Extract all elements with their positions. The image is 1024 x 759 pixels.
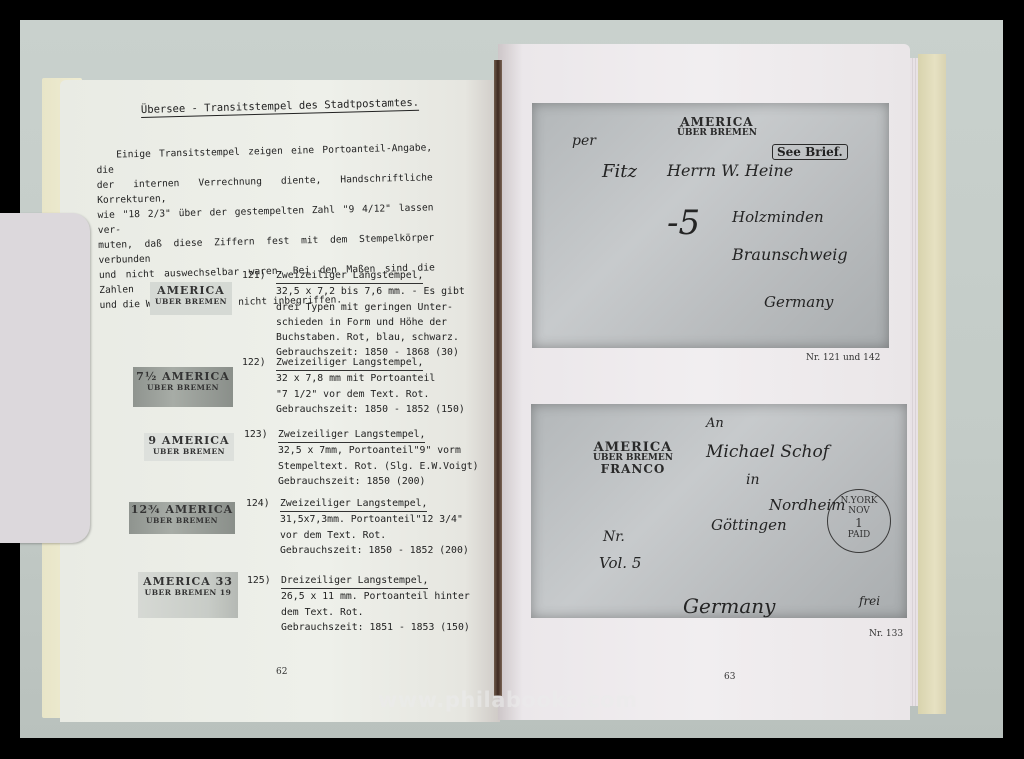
see-brief-stamp: See Brief. <box>772 144 848 160</box>
handwriting: Vol. 5 <box>599 554 641 572</box>
handwriting: Nr. <box>603 529 625 545</box>
cover-photo-133: AMERICA UBER BREMEN FRANCO N.YORK NOV 1 … <box>531 404 907 618</box>
page-number-right: 63 <box>724 672 735 682</box>
handwriting: -5 <box>667 203 700 243</box>
intro-line: der internen Verrechnung diente, Handsch… <box>97 172 433 206</box>
handwriting: Nordheim <box>769 496 846 514</box>
handwriting: Michael Schof <box>706 442 829 462</box>
entry-heading: Zweizeiliger Langstempel, <box>276 268 423 284</box>
figure-caption: Nr. 133 <box>869 629 903 639</box>
entry-number: 125) <box>247 573 271 588</box>
entry-heading: Dreizeiliger Langstempel, <box>281 573 428 589</box>
watermark: www.philabooks.com <box>378 688 637 712</box>
entry-line: 32,5 x 7mm, Portoanteil"9" vorm <box>278 443 478 458</box>
cover-photo-121-142: AMERICA ÜBER BREMEN See Brief. per Fitz … <box>532 103 889 348</box>
stamp-text: ÜBER BREMEN <box>677 128 757 139</box>
entry-number: 124) <box>246 496 270 511</box>
book-cover-right-edge <box>918 54 946 714</box>
entry-number: 123) <box>244 427 268 442</box>
stamp-text: UBER BREMEN <box>129 516 235 525</box>
stamp-text: UBER BREMEN 19 <box>138 588 238 597</box>
entry-line: Buchstaben. Rot, blau, schwarz. <box>276 330 476 345</box>
stamp-text: AMERICA <box>677 117 757 128</box>
intro-line: wie "18 2/3" über der gestempelten Zahl … <box>97 202 433 236</box>
entry-line: 26,5 x 11 mm. Portoanteil hinter <box>281 589 481 604</box>
entry-line: 32,5 x 7,2 bis 7,6 mm. - Es gibt <box>276 284 476 299</box>
stamp-text: AMERICA <box>150 285 232 297</box>
bookmark-card <box>0 213 90 543</box>
handwriting: Holzminden <box>732 208 824 226</box>
stamp-text: FRANCO <box>593 464 673 475</box>
entry-heading: Zweizeiliger Langstempel, <box>278 427 425 443</box>
stamp-text: 7½ AMERICA <box>133 371 233 383</box>
photo-stamp-america-franco: AMERICA UBER BREMEN FRANCO <box>593 442 673 475</box>
handwriting: per <box>572 133 596 149</box>
entry-line: Gebrauchszeit: 1850 (200) <box>278 474 478 489</box>
entry-line: schieden in Form und Höhe der <box>276 315 476 330</box>
stamp-image-122: 7½ AMERICA UBER BREMEN <box>133 367 233 407</box>
entry-line: Gebrauchszeit: 1850 - 1852 (200) <box>280 543 480 558</box>
stamp-text: UBER BREMEN <box>133 383 233 392</box>
stamp-image-124: 12¾ AMERICA UBER BREMEN <box>129 502 235 534</box>
entry-number: 121) <box>242 268 266 283</box>
handwriting: Germany <box>683 594 775 618</box>
figure-caption: Nr. 121 und 142 <box>806 353 880 363</box>
handwriting: Fitz <box>602 161 637 182</box>
handwriting: Göttingen <box>711 516 787 534</box>
handwriting: Braunschweig <box>732 245 848 264</box>
book-gutter <box>494 60 502 696</box>
stamp-image-125: AMERICA 33 UBER BREMEN 19 <box>138 572 238 618</box>
page-number-left: 62 <box>276 667 287 677</box>
entry-line: dem Text. Rot. <box>281 605 481 620</box>
stamp-text: 12¾ AMERICA <box>129 504 235 516</box>
postmark-text: PAID <box>828 530 890 540</box>
entry-line: Gebrauchszeit: 1850 - 1852 (150) <box>276 402 476 417</box>
handwriting: An <box>706 416 724 431</box>
photo-stamp-america: AMERICA ÜBER BREMEN <box>677 117 757 139</box>
entry-number: 122) <box>242 355 266 370</box>
entry-line: drei Typen mit geringen Unter- <box>276 300 476 315</box>
intro-line: Einige Transitstempel zeigen eine Portoa… <box>96 142 432 176</box>
intro-line: muten, daß diese Ziffern fest mit dem St… <box>98 232 434 266</box>
handwriting: Herrn W. Heine <box>667 161 793 180</box>
entry-line: 31,5x7,3mm. Portoanteil"12 3/4" <box>280 512 480 527</box>
entry-line: 32 x 7,8 mm mit Portoanteil <box>276 371 476 386</box>
entry-line: vor dem Text. Rot. <box>280 528 480 543</box>
handwriting: in <box>746 472 760 488</box>
stamp-text: AMERICA 33 <box>138 576 238 588</box>
entry-heading: Zweizeiliger Langstempel, <box>280 496 427 512</box>
entry-heading: Zweizeiliger Langstempel, <box>276 355 423 371</box>
stamp-text: UBER BREMEN <box>144 447 234 456</box>
stamp-image-123: 9 AMERICA UBER BREMEN <box>144 433 234 461</box>
stamp-image-121: AMERICA UBER BREMEN <box>150 282 232 315</box>
postmark-text: 1 <box>828 516 890 530</box>
entry-line: Gebrauchszeit: 1851 - 1853 (150) <box>281 620 481 635</box>
stamp-text: AMERICA <box>593 442 673 453</box>
entry-line: Stempeltext. Rot. (Slg. E.W.Voigt) <box>278 459 478 474</box>
handwriting: frei <box>859 594 880 608</box>
stamp-text: UBER BREMEN <box>150 297 232 306</box>
entry-line: "7 1/2" vor dem Text. Rot. <box>276 387 476 402</box>
handwriting: Germany <box>764 293 833 311</box>
stamp-text: 9 AMERICA <box>144 435 234 447</box>
